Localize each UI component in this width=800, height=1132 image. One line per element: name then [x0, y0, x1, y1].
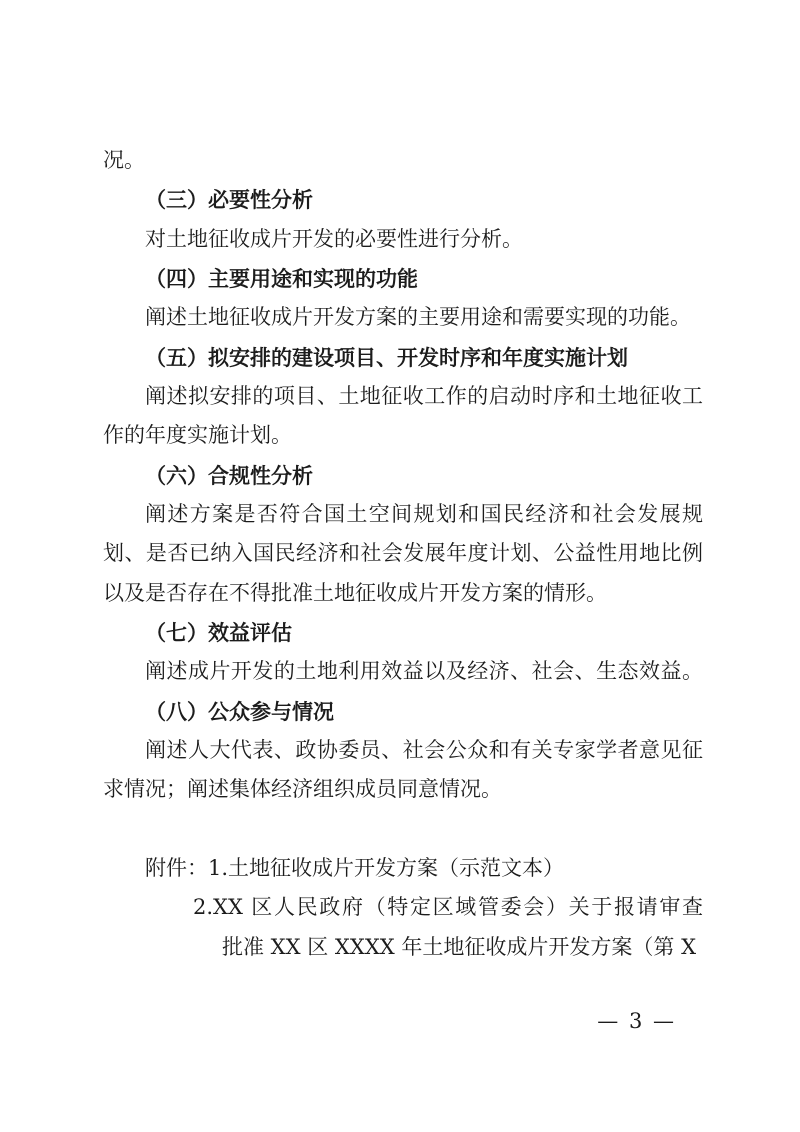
- text-line: 划、是否已纳入国民经济和社会发展年度计划、公益性用地比例: [103, 534, 703, 573]
- text-line: 对土地征收成片开发的必要性进行分析。: [103, 220, 703, 259]
- document-page: 况。（三）必要性分析对土地征收成片开发的必要性进行分析。（四）主要用途和实现的功…: [0, 0, 800, 1132]
- text-line: 求情况；阐述集体经济组织成员同意情况。: [103, 770, 703, 809]
- section-heading: （七）效益评估: [103, 613, 703, 652]
- text-line: 作的年度实施计划。: [103, 416, 703, 455]
- section-heading: （四）主要用途和实现的功能: [103, 259, 703, 298]
- text-line: 况。: [103, 141, 703, 180]
- section-heading: （五）拟安排的建设项目、开发时序和年度实施计划: [103, 338, 703, 377]
- section-heading: （八）公众参与情况: [103, 692, 703, 731]
- text-line: 阐述土地征收成片开发方案的主要用途和需要实现的功能。: [103, 298, 703, 337]
- text-line: 阐述成片开发的土地利用效益以及经济、社会、生态效益。: [103, 652, 703, 691]
- text-line: 阐述拟安排的项目、土地征收工作的启动时序和土地征收工: [103, 377, 703, 416]
- blank-line: [103, 810, 703, 849]
- text-line: 2.XX 区人民政府（特定区域管委会）关于报请审查: [103, 888, 703, 927]
- section-heading: （三）必要性分析: [103, 180, 703, 219]
- document-body: 况。（三）必要性分析对土地征收成片开发的必要性进行分析。（四）主要用途和实现的功…: [103, 141, 703, 967]
- text-line: 批准 XX 区 XXXX 年土地征收成片开发方案（第 X: [103, 928, 703, 967]
- text-line: 阐述人大代表、政协委员、社会公众和有关专家学者意见征: [103, 731, 703, 770]
- text-line: 阐述方案是否符合国土空间规划和国民经济和社会发展规: [103, 495, 703, 534]
- page-number: — 3 —: [597, 1006, 676, 1036]
- text-line: 以及是否存在不得批准土地征收成片开发方案的情形。: [103, 574, 703, 613]
- section-heading: （六）合规性分析: [103, 456, 703, 495]
- text-line: 附件：1.土地征收成片开发方案（示范文本）: [103, 849, 703, 888]
